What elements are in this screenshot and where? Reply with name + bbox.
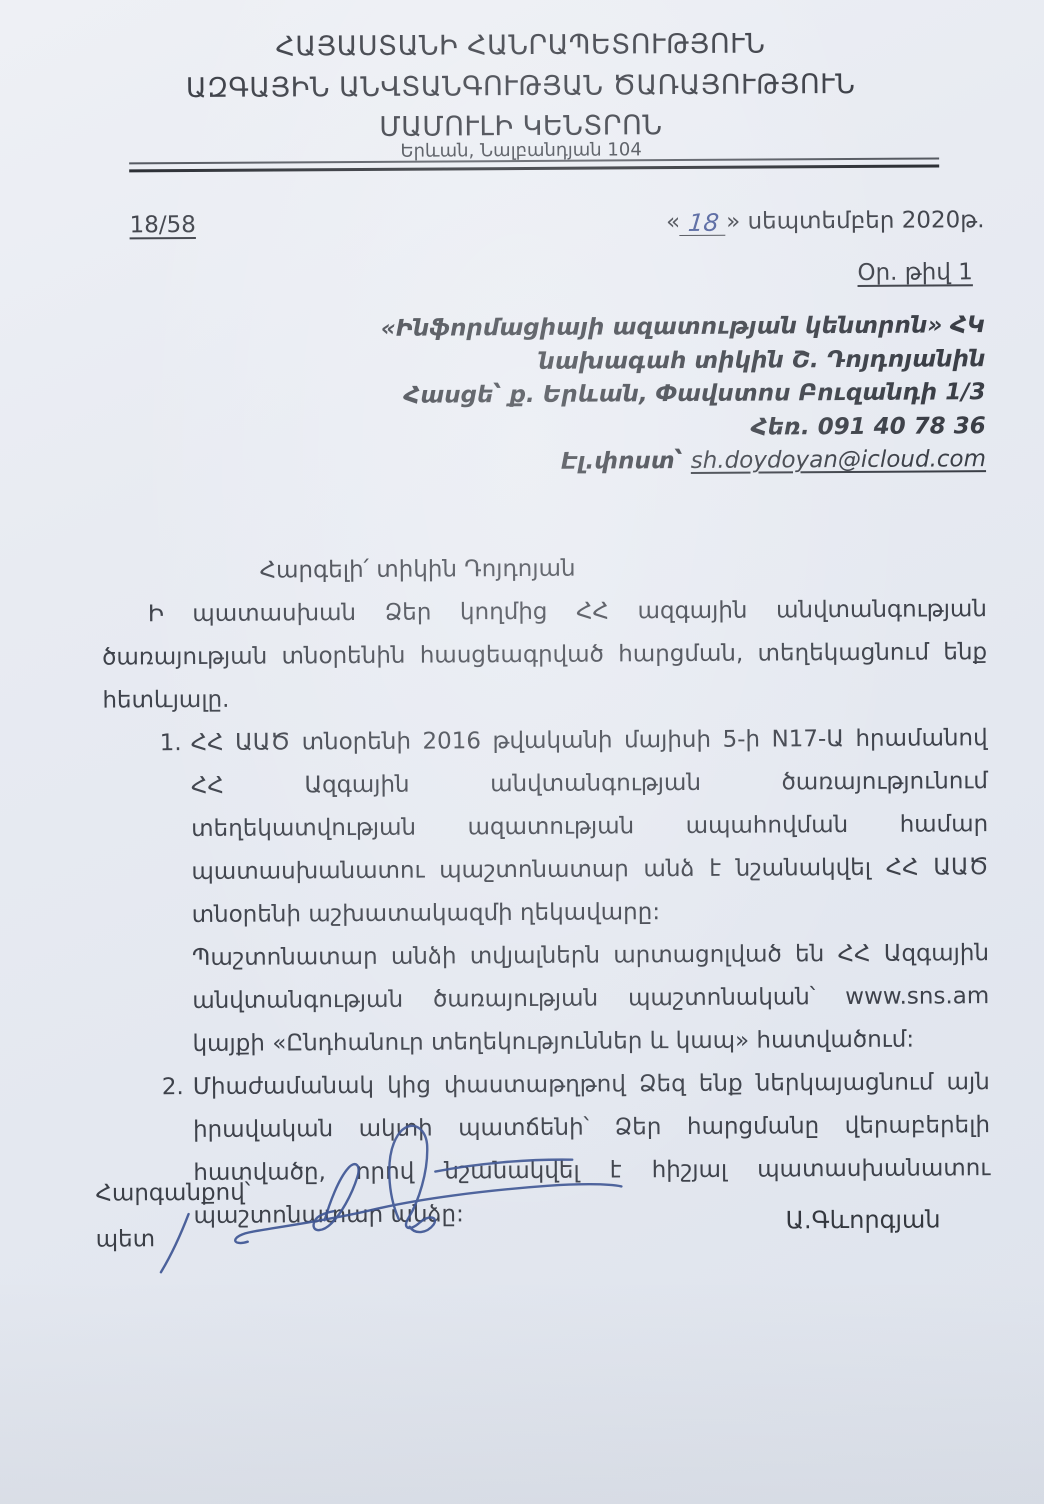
recipient-block: «Ինֆորմացիայի ազատության կենտրոն» ՀԿ նախ… <box>381 309 986 480</box>
divider-thick-line <box>129 164 939 172</box>
list-item-2-number: 2. <box>162 1066 184 1109</box>
list-item-1: 1. ՀՀ ԱԱԾ տնօրենի 2016 թվականի մայիսի 5-… <box>103 717 989 937</box>
reference-number: 18/58 <box>129 212 195 238</box>
list-item-1-text: ՀՀ ԱԱԾ տնօրենի 2016 թվականի մայիսի 5-ի N… <box>191 717 989 937</box>
intro-paragraph: Ի պատասխան Ձեր կողմից ՀՀ ազգային անվտանգ… <box>102 588 988 722</box>
recipient-phone: Հեռ. 091 40 78 36 <box>381 410 986 447</box>
handwritten-day: 18 <box>679 211 727 236</box>
recipient-address: Հասցե՝ ք. Երևան, Փավստոս Բուզանդի 1/3 <box>381 376 986 413</box>
salutation: Հարգելի՛ տիկին Դոյդոյան <box>260 545 987 592</box>
date-rest: » սեպտեմբեր 2020թ. <box>726 207 985 235</box>
letterhead-agency: ԱԶԳԱՅԻՆ ԱՆՎՏԱՆԳՈՒԹՅԱՆ ԾԱՌԱՅՈՒԹՅՈՒՆ <box>0 68 1043 105</box>
recipient-organization: «Ինֆորմացիայի ազատության կենտրոն» ՀԿ <box>381 309 986 346</box>
recipient-person: նախագահ տիկին Շ. Դոյդոյանին <box>381 343 986 380</box>
signer-name: Ա.Գևորգյան <box>786 1205 941 1234</box>
email-label: Էլ.փոստ՝ <box>561 448 691 475</box>
letterhead-country: ՀԱՅԱՍՏԱՆԻ ՀԱՆՐԱՊԵՏՈՒԹՅՈՒՆ <box>0 27 1043 64</box>
signature-top-stroke <box>435 1160 572 1172</box>
date-line: «18» սեպտեմբեր 2020թ. <box>666 207 985 236</box>
list-item-1-number: 1. <box>160 722 182 765</box>
scanned-letter-page: ՀԱՅԱՍՏԱՆԻ ՀԱՆՐԱՊԵՏՈՒԹՅՈՒՆ ԱԶԳԱՅԻՆ ԱՆՎՏԱՆ… <box>0 0 1044 1504</box>
signature-slash <box>161 1214 189 1272</box>
list-item-1-subparagraph: Պաշտոնատար անձի տվյալներն արտացոլված են … <box>104 932 990 1066</box>
recipient-email-line: Էլ.փոստ՝ sh.doydoyan@icloud.com <box>382 443 987 480</box>
signature-bottom-stroke <box>235 1184 622 1243</box>
copy-number: Օր. թիվ 1 <box>857 259 973 286</box>
signature-glyph-2 <box>389 1126 435 1233</box>
recipient-email: sh.doydoyan@icloud.com <box>691 446 986 474</box>
letter-content: ՀԱՅԱՍՏԱՆԻ ՀԱՆՐԱՊԵՏՈՒԹՅՈՒՆ ԱԶԳԱՅԻՆ ԱՆՎՏԱՆ… <box>0 0 1044 1504</box>
date-open-quote: « <box>666 209 680 235</box>
